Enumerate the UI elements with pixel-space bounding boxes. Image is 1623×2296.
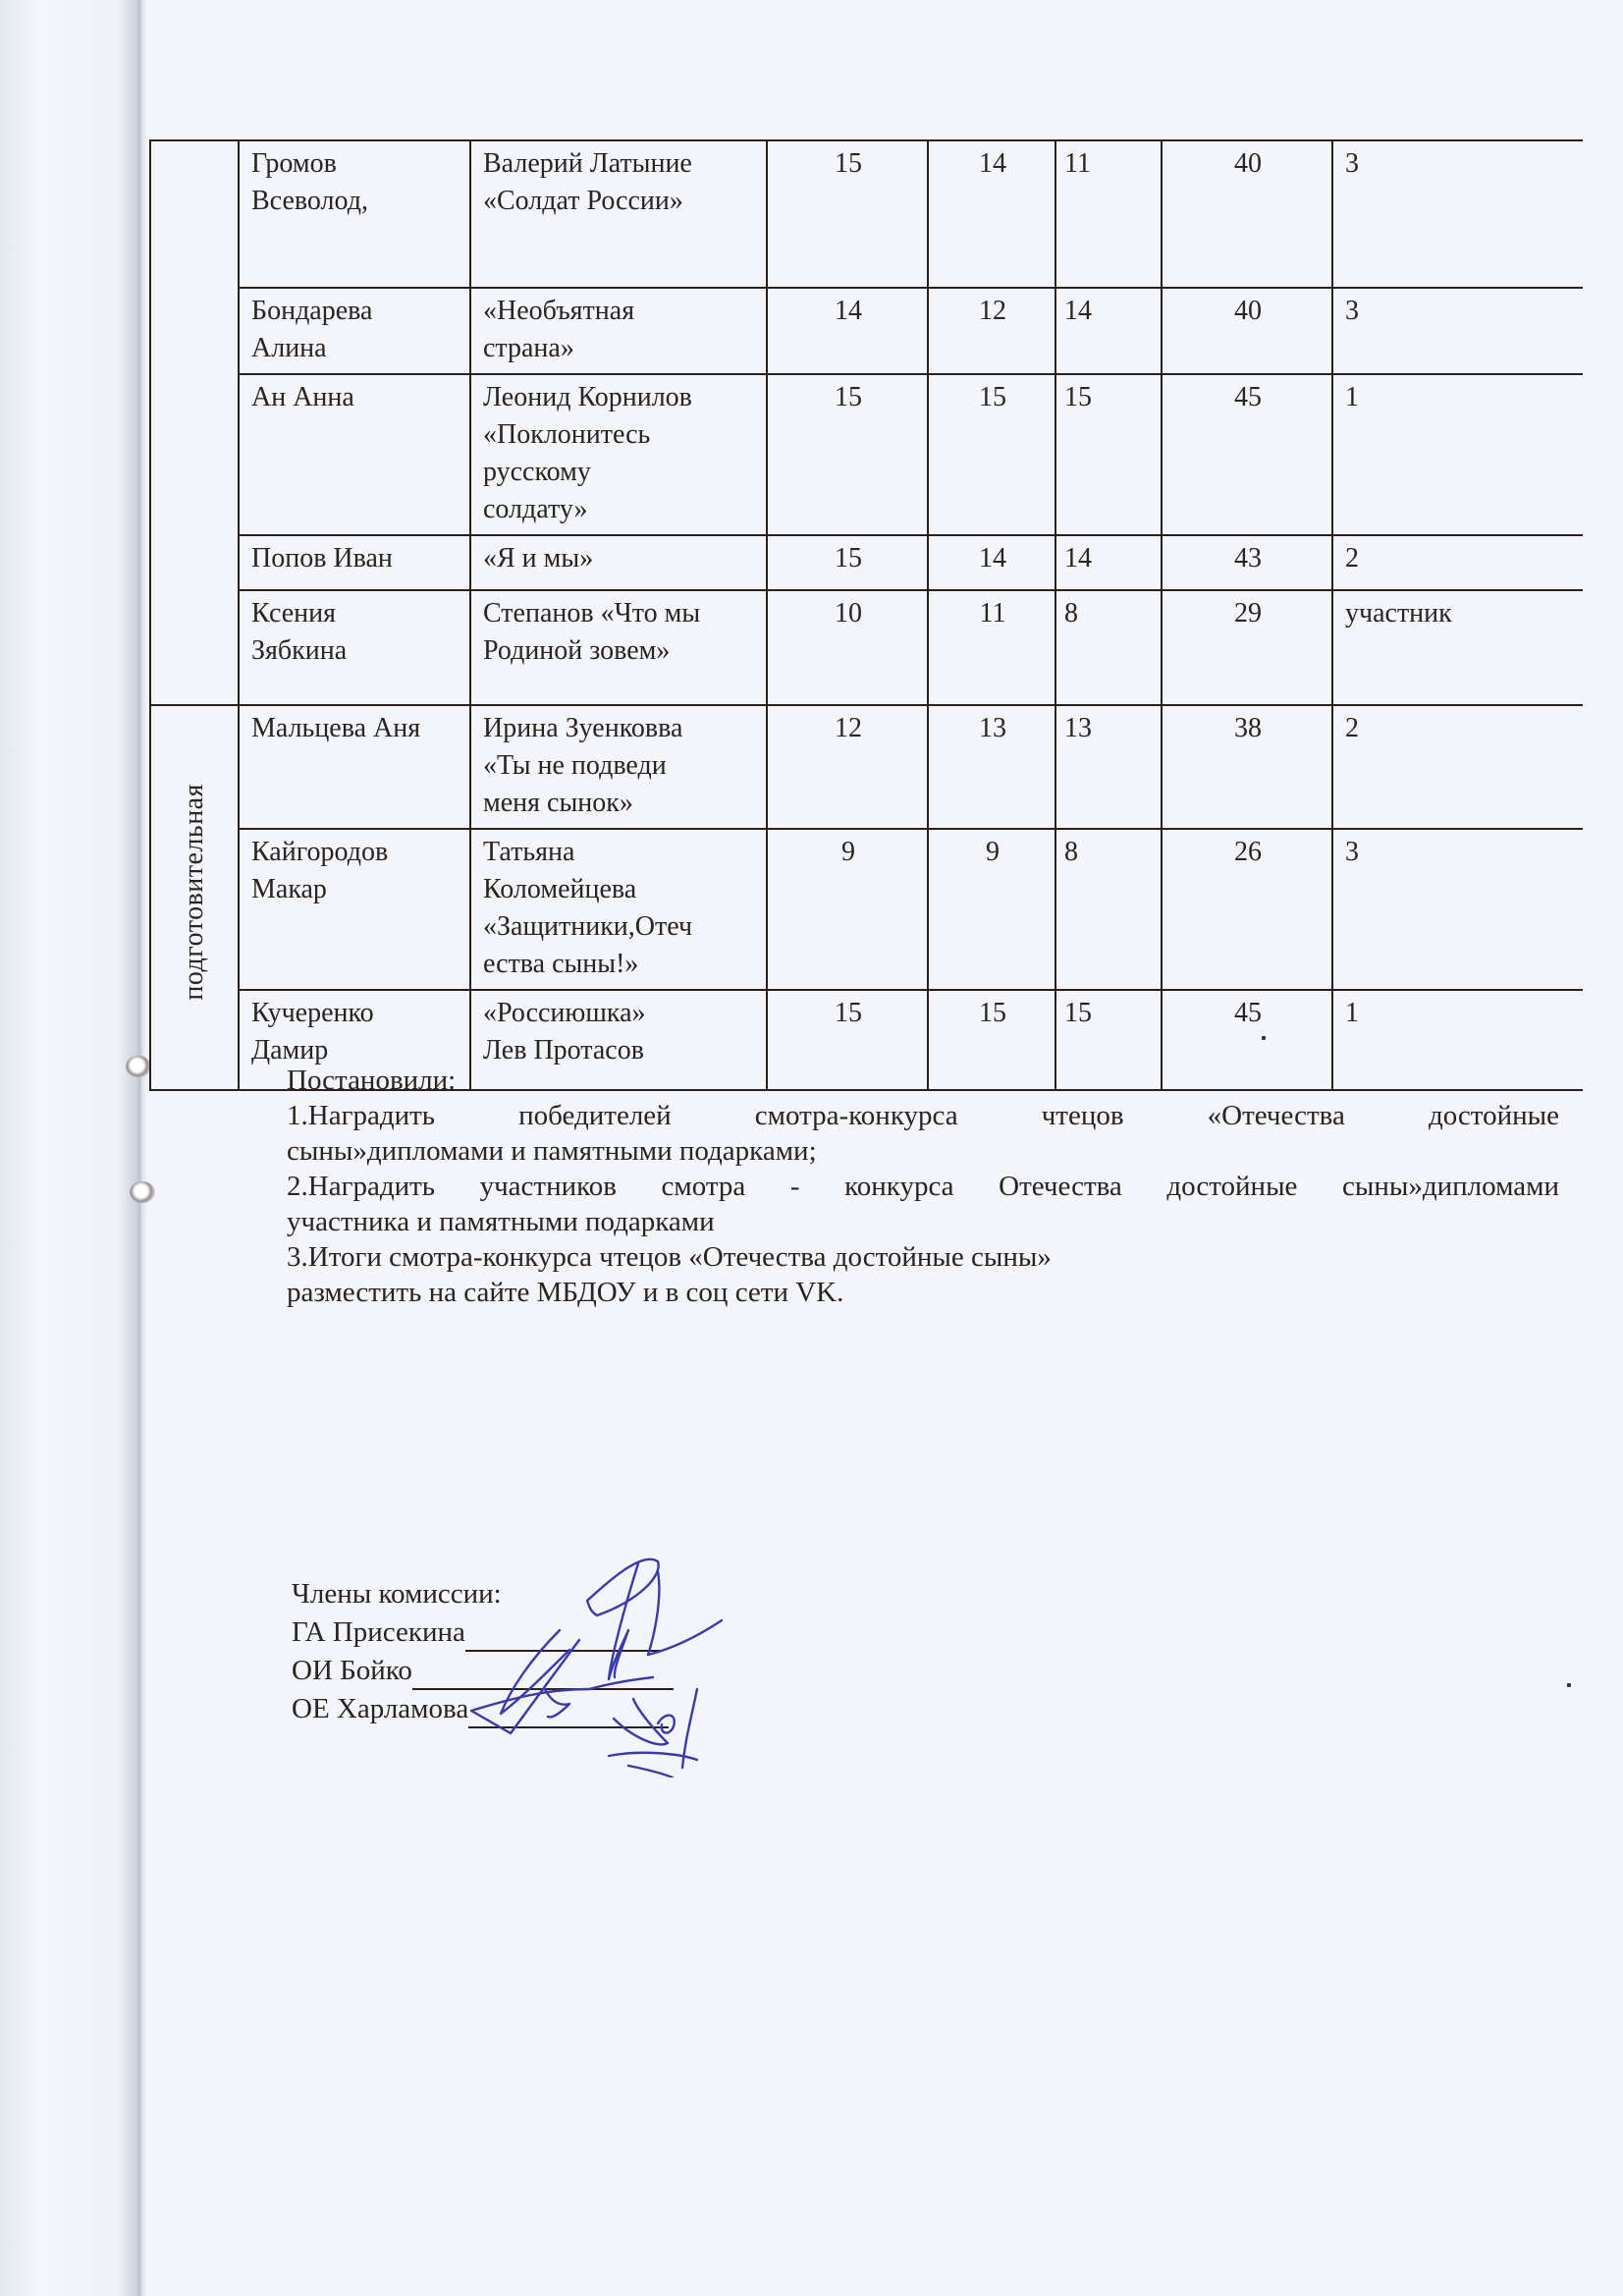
resolution-item-2-line-2: участника и памятными подарками [287, 1204, 1559, 1239]
score-total: 29 [1162, 590, 1332, 705]
commission-member: ОЕ Харламова [292, 1690, 468, 1728]
table-row: Ан Анна Леонид Корнилов «Поклонитесь рус… [150, 374, 1583, 535]
participant-name: Попов Иван [251, 543, 393, 574]
table-row: подготовительная Мальцева Аня Ирина Зуен… [150, 705, 1583, 829]
place: 2 [1332, 705, 1583, 829]
participant-name: Ан Анна [251, 382, 354, 412]
score-3: 15 [1055, 374, 1162, 535]
score-2: 12 [928, 288, 1055, 374]
score-2: 9 [928, 829, 1055, 990]
work-title: Валерий Латыние «Солдат России» [483, 148, 692, 216]
score-1: 12 [767, 705, 928, 829]
score-1: 15 [767, 374, 928, 535]
signature-line [468, 1697, 669, 1728]
scan-binding-edge [0, 0, 147, 2296]
page-fold-line [137, 0, 141, 2296]
participant-name: Кучеренко Дамир [251, 998, 374, 1066]
group-label: подготовительная [176, 784, 213, 1001]
place: 3 [1332, 140, 1583, 288]
score-2: 13 [928, 705, 1055, 829]
commission-member-row: ОЕ Харламова [292, 1690, 674, 1728]
commission-member: ГА Присекина [292, 1613, 465, 1652]
resolution-item-2-line-1: 2.Наградить участников смотра - конкурса… [287, 1169, 1559, 1204]
score-2: 11 [928, 590, 1055, 705]
score-2: 14 [928, 140, 1055, 288]
signature-line [465, 1620, 662, 1652]
score-3: 13 [1055, 705, 1162, 829]
place: 3 [1332, 288, 1583, 374]
score-3: 8 [1055, 829, 1162, 990]
table-row: Ксения Зябкина Степанов «Что мы Родиной … [150, 590, 1583, 705]
resolution-heading: Постановили: [287, 1063, 1559, 1098]
signature-line [412, 1659, 674, 1690]
score-total: 43 [1162, 535, 1332, 590]
score-3: 14 [1055, 288, 1162, 374]
place: 2 [1332, 535, 1583, 590]
commission-member-row: ГА Присекина [292, 1613, 674, 1652]
results-table: Громов Всеволод, Валерий Латыние «Солдат… [149, 139, 1583, 1091]
place: участник [1332, 590, 1583, 705]
score-1: 15 [767, 535, 928, 590]
score-total: 40 [1162, 140, 1332, 288]
resolution-item-3-line-2: разместить на сайте МБДОУ и в соц сети V… [287, 1275, 1559, 1310]
scan-speck [1567, 1683, 1571, 1687]
score-1: 9 [767, 829, 928, 990]
score-total: 45 [1162, 374, 1332, 535]
work-title: Ирина Зуенковва «Ты не подведи меня сыно… [483, 713, 682, 818]
participant-name: Кайгородов Макар [251, 837, 388, 904]
punch-hole [126, 1056, 151, 1077]
score-1: 15 [767, 140, 928, 288]
table-row: Бондарева Алина «Необъятная страна» 14 1… [150, 288, 1583, 374]
score-1: 14 [767, 288, 928, 374]
work-title: Леонид Корнилов «Поклонитесь русскому со… [483, 382, 692, 524]
commission-heading: Члены комиссии: [292, 1575, 674, 1613]
score-3: 8 [1055, 590, 1162, 705]
group-cell: подготовительная [150, 705, 239, 1090]
table-row: Громов Всеволод, Валерий Латыние «Солдат… [150, 140, 1583, 288]
table-row: Кайгородов Макар Татьяна Коломейцева «За… [150, 829, 1583, 990]
scan-speck [1262, 1036, 1266, 1040]
work-title: Татьяна Коломейцева «Защитники,Отеч еств… [483, 837, 692, 979]
score-total: 26 [1162, 829, 1332, 990]
score-2: 14 [928, 535, 1055, 590]
score-3: 11 [1055, 140, 1162, 288]
resolution-section: Постановили: 1.Наградить победителей смо… [287, 1063, 1559, 1310]
commission-member-row: ОИ Бойко [292, 1652, 674, 1690]
commission-member: ОИ Бойко [292, 1652, 412, 1690]
score-2: 15 [928, 374, 1055, 535]
work-title: «Необъятная страна» [483, 296, 634, 363]
work-title: «Я и мы» [483, 543, 593, 574]
resolution-item-1-line-1: 1.Наградить победителей смотра-конкурса … [287, 1098, 1559, 1133]
commission-section: Члены комиссии: ГА Присекина ОИ Бойко ОЕ… [292, 1575, 674, 1728]
participant-name: Ксения Зябкина [251, 598, 347, 666]
group-cell-empty [150, 140, 239, 705]
participant-name: Бондарева Алина [251, 296, 372, 363]
resolution-item-3-line-1: 3.Итоги смотра-конкурса чтецов «Отечеств… [287, 1239, 1559, 1275]
participant-name: Громов Всеволод, [251, 148, 368, 216]
score-3: 14 [1055, 535, 1162, 590]
punch-hole [130, 1181, 155, 1203]
score-1: 10 [767, 590, 928, 705]
place: 1 [1332, 374, 1583, 535]
place: 3 [1332, 829, 1583, 990]
work-title: Степанов «Что мы Родиной зовем» [483, 598, 700, 666]
score-total: 38 [1162, 705, 1332, 829]
score-total: 40 [1162, 288, 1332, 374]
table-row: Попов Иван «Я и мы» 15 14 14 43 2 [150, 535, 1583, 590]
work-title: «Россиюшка» Лев Протасов [483, 998, 646, 1066]
resolution-item-1-line-2: сыны»дипломами и памятными подарками; [287, 1133, 1559, 1169]
participant-name: Мальцева Аня [251, 713, 420, 743]
